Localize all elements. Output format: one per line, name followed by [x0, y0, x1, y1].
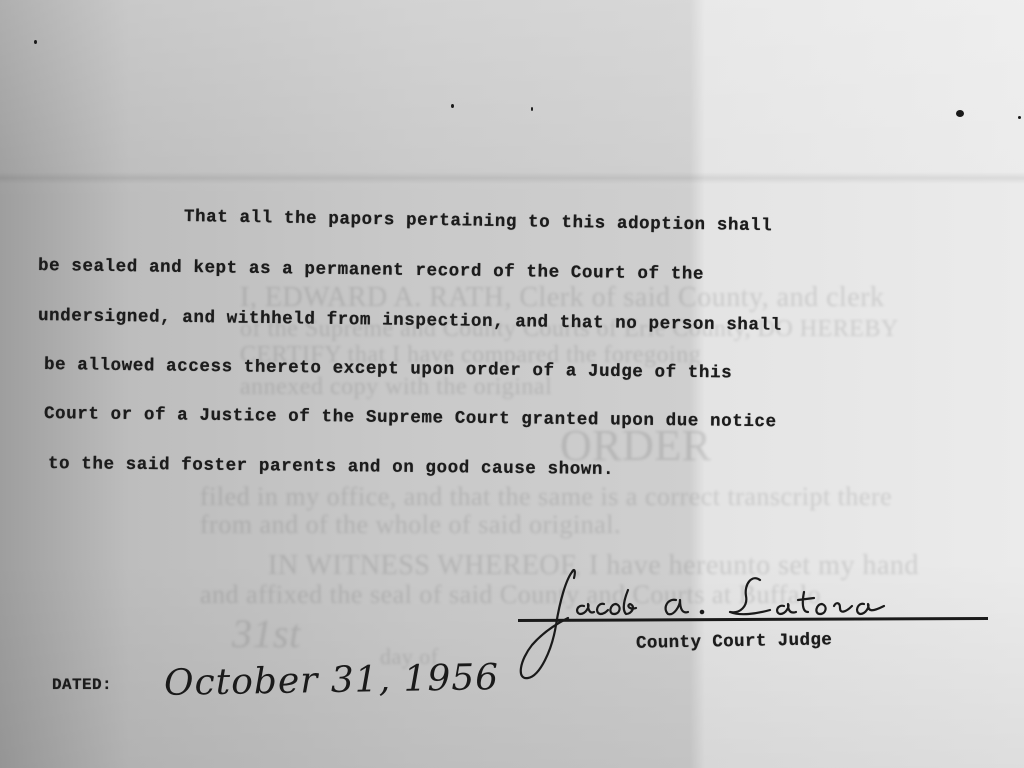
paper-fold-crease	[0, 172, 1024, 184]
paper-speck	[531, 107, 533, 111]
paper-speck	[1018, 116, 1021, 119]
dated-handwritten-value: October 31, 1956	[164, 657, 500, 704]
order-text-line: to the said foster parents and on good c…	[48, 454, 614, 480]
paper-speck	[34, 40, 37, 44]
lighting-shade	[0, 0, 1024, 200]
order-text-line: be sealed and kept as a permanent record…	[38, 256, 704, 285]
document-photo: I, EDWARD A. RATH, Clerk of said County,…	[0, 0, 1024, 768]
bleed-through-text: 31st	[232, 610, 301, 657]
order-text-line: That all the papors pertaining to this a…	[184, 207, 773, 236]
order-text-line: Court or of a Justice of the Supreme Cou…	[44, 404, 777, 432]
bleed-through-text: from and of the whole of said original.	[200, 510, 621, 540]
bleed-through-text: filed in my office, and that the same is…	[200, 482, 892, 512]
paper-speck	[956, 110, 964, 117]
paper-speck	[451, 104, 454, 108]
dated-label: DATED:	[52, 676, 112, 694]
signer-title: County Court Judge	[636, 630, 833, 653]
